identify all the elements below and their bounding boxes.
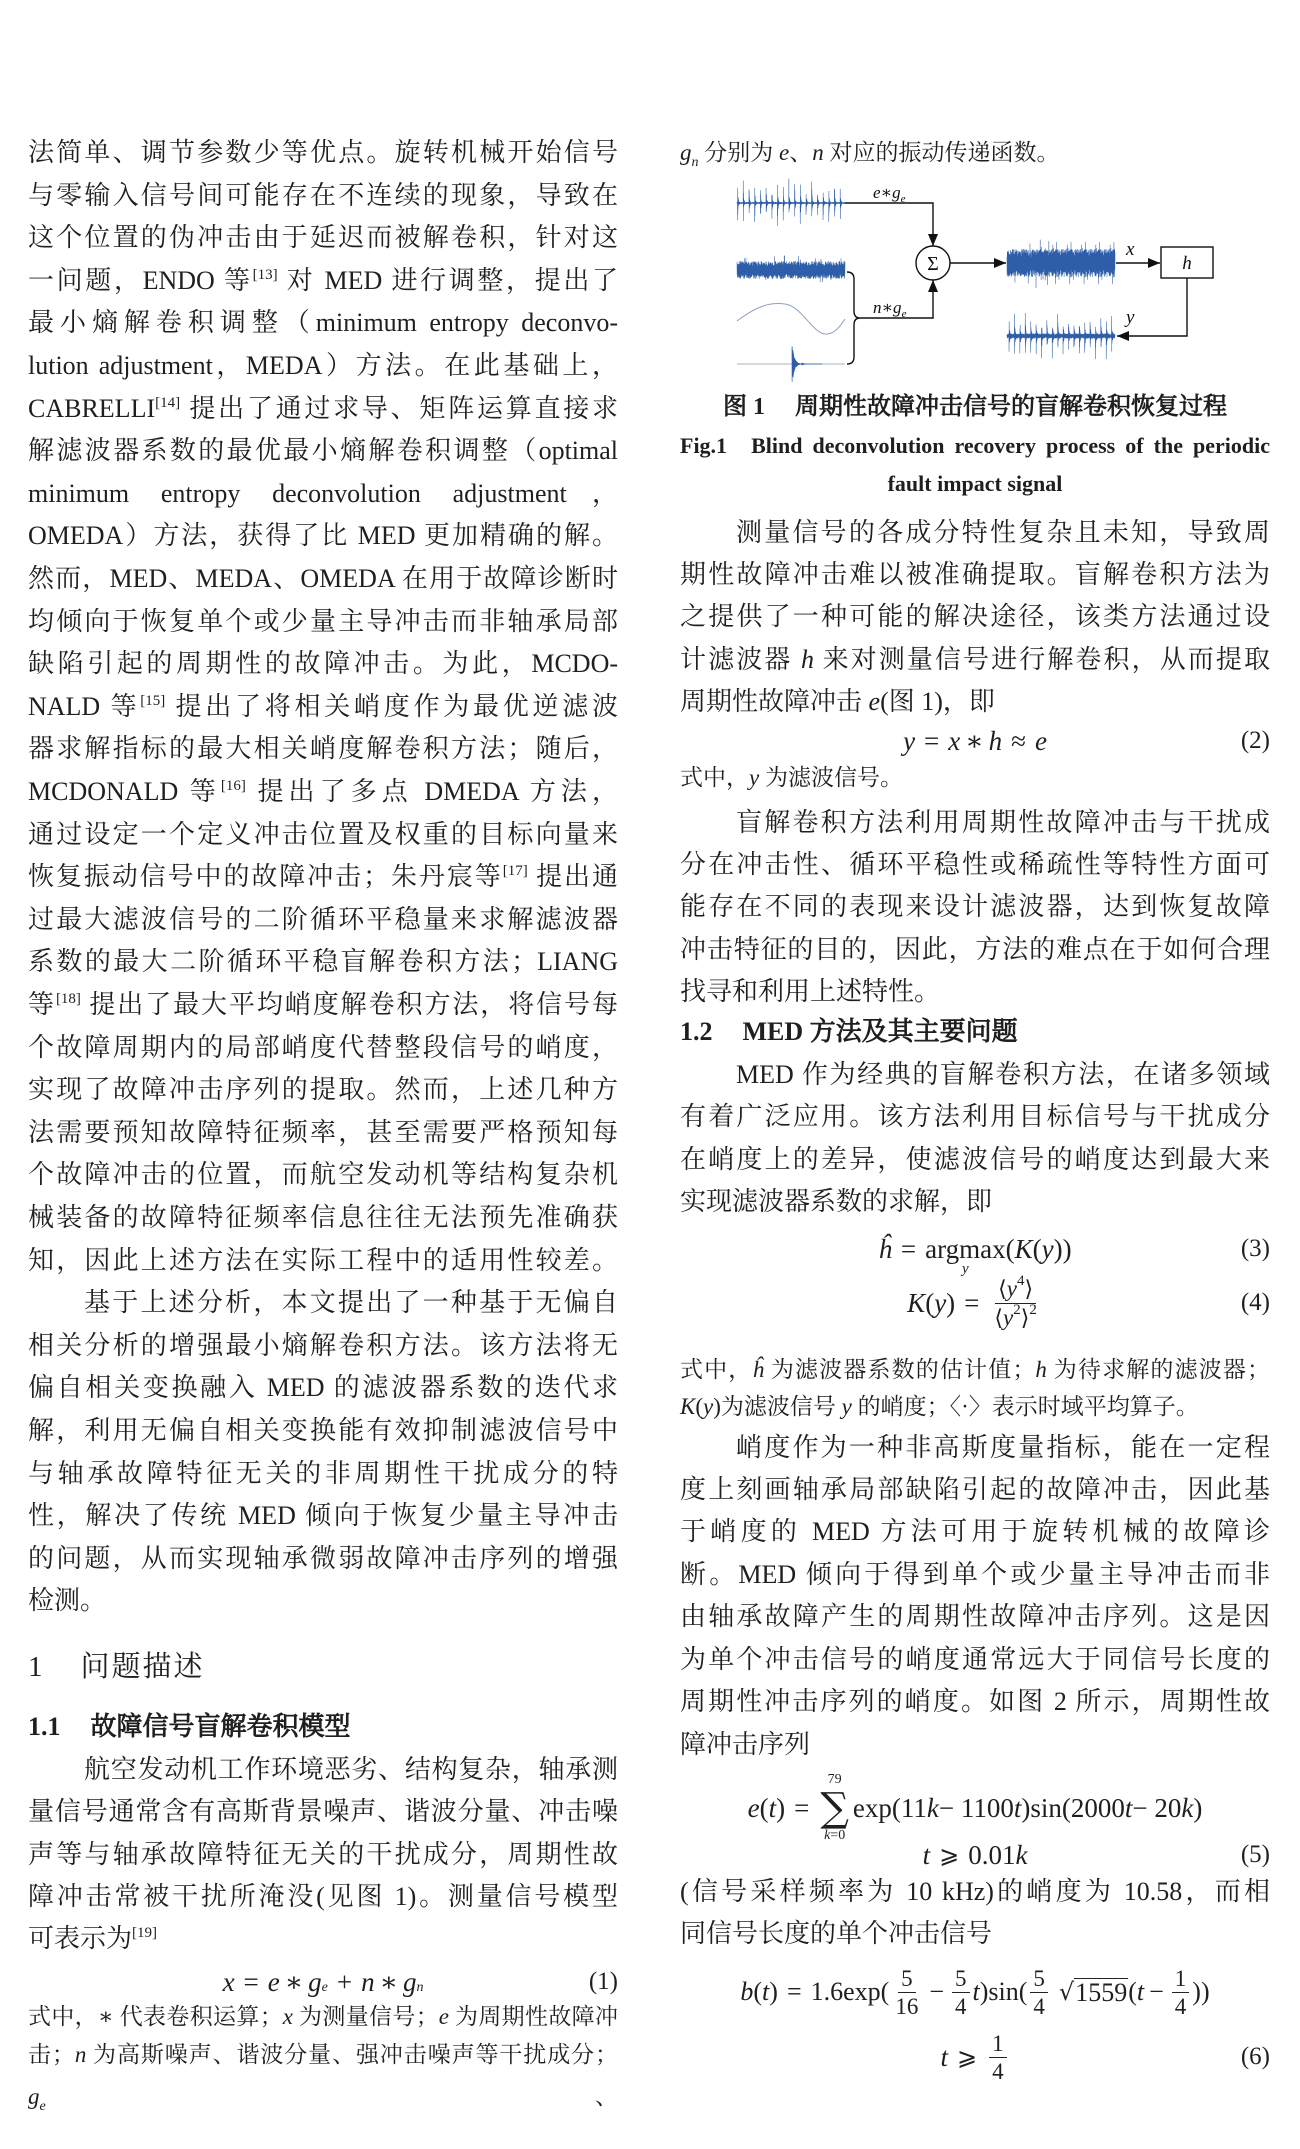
numerator: 5 [952, 1965, 970, 1993]
math-var: y [934, 1288, 946, 1319]
body-line: 械装备的故障特征频率信息往往无法预先准确获 [28, 1197, 618, 1239]
body-line: 器求解指标的最大相关峭度解卷积方法；随后， [28, 728, 618, 770]
harmonic-signal [737, 304, 845, 335]
line-text: 提出了将相关峭度作为最优逆滤波 [165, 692, 618, 721]
math-var: h [1035, 1357, 1047, 1382]
body-line: 冲击特征的目的，因此，方法的难点在于如何合理 [680, 929, 1270, 971]
line-text: 法需要预知故障特征频率，甚至需要严格预知每 [28, 1118, 618, 1147]
math-var: t [762, 1977, 769, 2007]
citation-ref: [16] [221, 778, 246, 794]
filter-box: h [1161, 247, 1213, 278]
math-var: k [1181, 1793, 1193, 1824]
line-text: 与零输入信号间可能存在不连续的现象，导致在 [28, 181, 618, 210]
body-line: 均倾向于恢复单个或少量主导冲击而非轴承局部 [28, 601, 618, 643]
math-var: t [940, 2042, 948, 2073]
line-text: 这个位置的伪冲击由于延迟而被解卷积，针对这 [28, 223, 618, 252]
fraction: 14 [989, 2030, 1007, 2085]
label-e-conv: e∗ge [873, 183, 906, 205]
math-operator: = [244, 1967, 259, 1998]
body-line: 能存在不同的表现来设计滤波器，达到恢复故障 [680, 886, 1270, 928]
line-text: 解滤波器系数的最优最小熵解卷积调整（optimal [28, 436, 618, 465]
section-heading-1: 1问题描述 [28, 1646, 205, 1688]
line-text: 期性故障冲击难以被准确提取。盲解卷积方法为 [680, 560, 1270, 589]
body-line: 周期性冲击序列的峭度。如图 2 所示，周期性故 [680, 1681, 1270, 1723]
body-line: MED 作为经典的盲解卷积方法，在诸多领域 [680, 1054, 1270, 1096]
right-column: gn 分别为 e、n 对应的振动传递函数。 [680, 0, 1270, 2149]
math-operator: = [901, 1234, 916, 1265]
math-text: 1.6exp( [811, 1977, 890, 2007]
body-line: 最小熵解卷积调整（minimum entropy deconvo- [28, 302, 618, 344]
body-line: 可表示为[19] [28, 1918, 618, 1960]
math-var: y [703, 1394, 713, 1419]
line-text: 峭度作为一种非高斯度量指标，能在一定程 [736, 1433, 1270, 1462]
line-text: 击； [28, 2042, 75, 2067]
equation-6: b(t)=1.6exp( 516 − 54t)sin( 54 √1559(t− … [680, 1962, 1270, 2022]
body-line: 检测。 [28, 1580, 618, 1622]
figure-caption-en: fault impact signal [680, 463, 1270, 505]
line-text: CABRELLI [28, 394, 155, 423]
body-line: 计滤波器 h 来对测量信号进行解卷积，从而提取 [680, 639, 1270, 681]
equation-number: (6) [1241, 2043, 1270, 2071]
body-line: 于峭度的 MED 方法可用于旋转机械的故障诊 [680, 1511, 1270, 1553]
line-text: 等 [28, 990, 56, 1019]
fraction: 14 [1172, 1965, 1190, 2020]
measured-signal [1007, 240, 1115, 288]
body-line: 通过设定一个定义冲击位置及权重的目标向量来 [28, 814, 618, 856]
math-operator: ∗ [965, 726, 983, 757]
line-text: 提出了通过求导、矩阵运算直接求 [180, 394, 618, 423]
body-line: 有着广泛应用。该方法利用目标信号与干扰成分 [680, 1096, 1270, 1138]
line-text: NALD 等 [28, 692, 140, 721]
body-line: 的问题，从而实现轴承微弱故障冲击序列的增强 [28, 1538, 618, 1580]
math-var: k [927, 1793, 939, 1824]
math-paren: )) [1192, 1977, 1209, 2007]
figure-1-diagram: e∗ge n∗ge Σ x h y [730, 160, 1230, 390]
section-heading-1-1: 1.1故障信号盲解卷积模型 [28, 1706, 351, 1748]
math-operator: ∗ [380, 1967, 398, 1998]
body-line: 性，解决了传统 MED 倾向于恢复少量主导冲击 [28, 1495, 618, 1537]
line-text: 式中， [680, 765, 749, 790]
angle-bracket: ⟨ [994, 1306, 1003, 1331]
math-var: ĥ [878, 1234, 892, 1265]
math-var: t [973, 1977, 980, 2007]
line-text: 然而，MED、MEDA、OMEDA 在用于故障诊断时 [28, 564, 618, 593]
body-line: 实现了故障冲击序列的提取。然而，上述几种方 [28, 1069, 618, 1111]
line-text: 断。MED 倾向于得到单个或少量主导冲击而非 [680, 1560, 1270, 1589]
math-paren: ) [776, 1793, 785, 1824]
line-text: (信号采样频率为 10 kHz)的峭度为 10.58，而相 [680, 1877, 1270, 1906]
body-line: 期性故障冲击难以被准确提取。盲解卷积方法为 [680, 554, 1270, 596]
math-var: K [1015, 1234, 1033, 1265]
math-var: t [1125, 1793, 1133, 1824]
math-paren: ( [760, 1793, 769, 1824]
line-text: 声等与轴承故障特征无关的干扰成分，周期性故 [28, 1840, 618, 1869]
radicand: 1559 [1074, 1978, 1128, 2006]
label-y: y [1124, 307, 1135, 328]
math-operator: − [1149, 1977, 1164, 2007]
section-title: 故障信号盲解卷积模型 [91, 1712, 351, 1741]
math-var: g [28, 2084, 40, 2109]
body-line: 这个位置的伪冲击由于延迟而被解卷积，针对这 [28, 217, 618, 259]
exponent: 2 [1029, 1302, 1037, 1318]
body-line: 基于上述分析，本文提出了一种基于无偏自 [28, 1282, 618, 1324]
math-operator: = [964, 1288, 979, 1319]
line-text: 在峭度上的差异，使滤波信号的峭度达到最大来 [680, 1145, 1270, 1174]
line-text: 盲解卷积方法利用周期性故障冲击与干扰成 [736, 808, 1270, 837]
line-text: 的问题，从而实现轴承微弱故障冲击序列的增强 [28, 1544, 618, 1573]
math-operator: = [924, 726, 939, 757]
figure-title: 周期性故障冲击信号的盲解卷积恢复过程 [795, 394, 1227, 420]
math-var: t [923, 1840, 931, 1871]
figure-caption-en: Fig.1Blind deconvolution recovery proces… [680, 425, 1270, 467]
line-text: 系数的最大二阶循环平稳盲解卷积方法；LIANG [28, 947, 618, 976]
arrow-icon [845, 203, 933, 246]
brace-icon [847, 272, 860, 364]
label-h: h [1182, 253, 1192, 274]
math-var: t [1014, 1793, 1022, 1824]
math-text: exp(11 [853, 1793, 927, 1824]
line-text: 过最大滤波信号的二阶循环平稳量来求解滤波器 [28, 905, 618, 934]
paper-page: 法简单、调节参数少等优点。旋转机械开始信号 与零输入信号间可能存在不连续的现象，… [0, 0, 1300, 2149]
numerator: 5 [898, 1965, 916, 1993]
line-text: ( [695, 1394, 703, 1419]
body-line: 找寻和利用上述特性。 [680, 971, 1270, 1013]
section-title: MED 方法及其主要问题 [743, 1017, 1018, 1046]
body-line: minimum entropy deconvolution adjustment… [28, 473, 618, 515]
body-line: 解，利用无偏自相关变换能有效抑制滤波信号中 [28, 1410, 618, 1452]
body-line: 在峭度上的差异，使滤波信号的峭度达到最大来 [680, 1139, 1270, 1181]
body-line: 之提供了一种可能的解决途径，该类方法通过设 [680, 596, 1270, 638]
equation-6-condition: t⩾ 14 (6) [680, 2027, 1270, 2087]
label-x: x [1125, 239, 1135, 260]
line-text: 提出通 [528, 862, 618, 891]
periodic-impulse-signal [737, 178, 845, 225]
math-var: x [223, 1967, 235, 1998]
body-line: 实现滤波器系数的求解，即 [680, 1181, 1270, 1223]
body-line: NALD 等[15] 提出了将相关峭度作为最优逆滤波 [28, 686, 618, 728]
body-line: 障冲击常被干扰所淹没(见图 1)。测量信号模型 [28, 1876, 618, 1918]
math-paren: ) [946, 1288, 955, 1319]
exponent: 2 [1013, 1302, 1021, 1318]
numerator: 1 [1172, 1965, 1190, 1993]
angle-bracket: ⟨ [998, 1277, 1007, 1302]
equation-5: e(t)= 79 ∑ k=0 exp(11k − 1100t)sin(2000t… [680, 1778, 1270, 1838]
figure-label: 图 1 [723, 394, 765, 420]
math-var: e [869, 687, 881, 716]
line-text: 为滤波信号。 [759, 765, 903, 790]
line-text: 均倾向于恢复单个或少量主导冲击而非轴承局部 [28, 607, 618, 636]
fraction: ⟨y4⟩ ⟨y2⟩2 [991, 1275, 1039, 1332]
note-line: 击；n 为高斯噪声、谐波分量、强冲击噪声等干扰成分；ge、 [28, 2034, 618, 2076]
body-line: 等[18] 提出了最大平均峭度解卷积方法，将信号每 [28, 984, 618, 1026]
line-text: 实现滤波器系数的求解，即 [680, 1187, 992, 1216]
fraction: 54 [1030, 1965, 1048, 2020]
body-line: 由轴承故障产生的周期性故障冲击序列。这是因 [680, 1596, 1270, 1638]
line-text: 式中， [680, 1357, 752, 1382]
line-text: minimum entropy deconvolution adjustment… [28, 479, 618, 508]
math-var: h [801, 645, 814, 674]
line-text: 能存在不同的表现来设计滤波器，达到恢复故障 [680, 892, 1270, 921]
math-relation: ⩾ [957, 2043, 977, 2071]
math-operator: = [794, 1793, 809, 1824]
line-text: 冲击特征的目的，因此，方法的难点在于如何合理 [680, 935, 1270, 964]
exponent: 4 [1017, 1273, 1025, 1289]
math-var: e [748, 1793, 760, 1824]
line-text: 缺陷引起的周期性的故障冲击。为此，MCDO- [28, 649, 618, 678]
line-text: 周期性冲击序列的峭度。如图 2 所示，周期性故 [680, 1687, 1270, 1716]
body-line: 度上刻画轴承局部缺陷引起的故障冲击，因此基 [680, 1469, 1270, 1511]
equation-4: K(y)= ⟨y4⟩ ⟨y2⟩2 (4) [680, 1273, 1270, 1333]
line-text: 与轴承故障特征无关的非周期性干扰成分的特 [28, 1459, 618, 1488]
math-var: e [268, 1967, 280, 1998]
citation-ref: [14] [155, 395, 180, 411]
math-var: g [308, 1967, 322, 1998]
denominator: 4 [1172, 1993, 1190, 2020]
section-number: 1.2 [680, 1017, 713, 1046]
math-var: t [769, 1793, 777, 1824]
math-var: y [842, 1394, 852, 1419]
math-operator: ≈ [1011, 726, 1026, 757]
body-line: 相关分析的增强最小熵解卷积方法。该方法将无 [28, 1325, 618, 1367]
denominator: ⟨y2⟩2 [991, 1304, 1039, 1332]
math-var: t [1137, 1977, 1144, 2007]
recovered-signal [1007, 313, 1115, 359]
line-text: 测量信号的各成分特性复杂且未知，导致周 [736, 518, 1270, 547]
note-line: 式中，y 为滤波信号。 [680, 757, 1270, 799]
math-text: − 20 [1132, 1793, 1181, 1824]
body-line: 个故障周期内的局部峭度代替整段信号的峭度， [28, 1027, 618, 1069]
line-text: 提出了多点 DMEDA 方法， [246, 777, 618, 806]
line-text: 周期性故障冲击 [680, 687, 869, 716]
math-var: k [1015, 1840, 1027, 1871]
body-line: 系数的最大二阶循环平稳盲解卷积方法；LIANG [28, 941, 618, 983]
body-line: 解滤波器系数的最优最小熵解卷积调整（optimal [28, 430, 618, 472]
line-text: 实现了故障冲击序列的提取。然而，上述几种方 [28, 1075, 618, 1104]
note-line: K(y)为滤波信号 y 的峭度；〈·〉表示时域平均算子。 [680, 1386, 1270, 1428]
left-column: 法简单、调节参数少等优点。旋转机械开始信号 与零输入信号间可能存在不连续的现象，… [28, 0, 618, 2149]
body-line: 与零输入信号间可能存在不连续的现象，导致在 [28, 175, 618, 217]
denominator: 4 [1030, 1993, 1048, 2020]
body-line: 峭度作为一种非高斯度量指标，能在一定程 [680, 1427, 1270, 1469]
section-title: 问题描述 [81, 1651, 205, 1683]
body-line: 分在冲击性、循环平稳性或稀疏性等特性方面可 [680, 844, 1270, 886]
math-var: y [1042, 1234, 1054, 1265]
line-text: MCDONALD 等 [28, 777, 221, 806]
sqrt-icon: √ [1059, 1978, 1074, 2006]
math-var: b [740, 1977, 753, 2007]
math-paren: ( [1033, 1234, 1042, 1265]
math-paren: ( [925, 1288, 934, 1319]
section-number: 1 [28, 1651, 45, 1683]
line-text: 有着广泛应用。该方法利用目标信号与干扰成分 [680, 1102, 1270, 1131]
line-text: 障冲击序列 [680, 1730, 810, 1759]
line-text: 找寻和利用上述特性。 [680, 977, 940, 1006]
sigma-icon: Σ [927, 253, 939, 275]
math-paren: ( [1128, 1977, 1137, 2007]
line-text: 个故障冲击的位置，而航空发动机等结构复杂机 [28, 1160, 618, 1189]
argmax-operator: argmaxy [925, 1234, 1005, 1265]
note-line: 式中，∗ 代表卷积运算；x 为测量信号；e 为周期性故障冲 [28, 1996, 618, 2038]
line-text: (图 1)，即 [880, 687, 995, 716]
body-line: 一问题，ENDO 等[13] 对 MED 进行调整，提出了 [28, 260, 618, 302]
line-text: 式中，∗ 代表卷积运算； [28, 2004, 283, 2029]
math-var: K [680, 1394, 695, 1419]
citation-ref: [13] [253, 267, 278, 283]
math-text: 0.01 [968, 1840, 1015, 1871]
line-text: )为滤波信号 [713, 1394, 841, 1419]
gaussian-noise-signal [737, 256, 845, 283]
body-line: 为单个冲击信号的峭度通常远大于同信号长度的 [680, 1639, 1270, 1681]
line-text: 知，因此上述方法在实际工程中的适用性较差。 [28, 1246, 618, 1275]
denominator: 16 [892, 1993, 921, 2020]
body-line: 恢复振动信号中的故障冲击；朱丹宸等[17] 提出通 [28, 856, 618, 898]
line-text: 障冲击常被干扰所淹没(见图 1)。测量信号模型 [28, 1882, 618, 1911]
figure-title: Blind deconvolution recovery process of … [751, 433, 1270, 458]
line-text: 一问题，ENDO 等 [28, 266, 253, 295]
equation-number: (3) [1241, 1235, 1270, 1263]
math-var: y [749, 765, 759, 790]
line-text: 计滤波器 [680, 645, 801, 674]
body-line: 偏自相关变换融入 MED 的滤波器系数的迭代求 [28, 1367, 618, 1409]
body-line: MCDONALD 等[16] 提出了多点 DMEDA 方法， [28, 771, 618, 813]
body-line: CABRELLI[14] 提出了通过求导、矩阵运算直接求 [28, 388, 618, 430]
body-line: 量信号通常含有高斯背景噪声、谐波分量、冲击噪 [28, 1791, 618, 1833]
line-text: 度上刻画轴承局部缺陷引起的故障冲击，因此基 [680, 1475, 1270, 1504]
body-line: 盲解卷积方法利用周期性故障冲击与干扰成 [680, 802, 1270, 844]
body-line: 航空发动机工作环境恶劣、结构复杂，轴承测 [28, 1749, 618, 1791]
denominator: 4 [989, 2058, 1007, 2085]
body-line: 与轴承故障特征无关的非周期性干扰成分的特 [28, 1453, 618, 1495]
line-text: 器求解指标的最大相关峭度解卷积方法；随后， [28, 734, 618, 763]
line-text: 对 MED 进行调整，提出了 [278, 266, 618, 295]
line-text: OMEDA）方法，获得了比 MED 更加精确的解。 [28, 521, 618, 550]
body-line: 法需要预知故障特征频率，甚至需要严格预知每 [28, 1112, 618, 1154]
note-line: 式中，ĥ 为滤波器系数的估计值；h 为待求解的滤波器； [680, 1349, 1270, 1391]
math-var: h [989, 726, 1003, 757]
section-heading-1-2: 1.2MED 方法及其主要问题 [680, 1011, 1018, 1053]
body-line: 周期性故障冲击 e(图 1)，即 [680, 681, 1270, 723]
citation-ref: [15] [140, 693, 165, 709]
sum-node: Σ [916, 246, 950, 280]
line-text: 分在冲击性、循环平稳性或稀疏性等特性方面可 [680, 850, 1270, 879]
body-line: 然而，MED、MEDA、OMEDA 在用于故障诊断时 [28, 558, 618, 600]
line-text: 为滤波器系数的估计值； [764, 1357, 1035, 1382]
line-text: 解，利用无偏自相关变换能有效抑制滤波信号中 [28, 1416, 618, 1445]
impact-noise-signal [737, 347, 845, 382]
math-paren: ) [769, 1977, 778, 2007]
body-line: 测量信号的各成分特性复杂且未知，导致周 [680, 512, 1270, 554]
numerator: ⟨y4⟩ [995, 1275, 1036, 1304]
line-text: 航空发动机工作环境恶劣、结构复杂，轴承测 [84, 1755, 618, 1784]
line-text: 为高斯噪声、谐波分量、强冲击噪声等干扰成分； [86, 2042, 618, 2067]
numerator: 1 [989, 2030, 1007, 2058]
line-text: 于峭度的 MED 方法可用于旋转机械的故障诊 [680, 1517, 1270, 1546]
body-line: 知，因此上述方法在实际工程中的适用性较差。 [28, 1240, 618, 1282]
line-text: 为测量信号； [293, 2004, 439, 2029]
line-text: 、 [46, 2084, 618, 2109]
equation-number: (1) [589, 1968, 618, 1996]
math-operator: + [337, 1967, 352, 1998]
math-operator: = [787, 1977, 802, 2007]
body-line: 过最大滤波信号的二阶循环平稳量来求解滤波器 [28, 899, 618, 941]
math-subscript: e [40, 2099, 46, 2114]
math-var: y [1003, 1305, 1013, 1330]
body-line: (信号采样频率为 10 kHz)的峭度为 10.58，而相 [680, 1871, 1270, 1913]
body-line: 缺陷引起的周期性的故障冲击。为此，MCDO- [28, 643, 618, 685]
line-text: 性，解决了传统 MED 倾向于恢复少量主导冲击 [28, 1501, 618, 1530]
body-line: 个故障冲击的位置，而航空发动机等结构复杂机 [28, 1154, 618, 1196]
line-text: lution adjustment，MEDA）方法。在此基础上， [28, 351, 618, 380]
math-var: g [680, 140, 692, 165]
math-operator: ∗ [285, 1967, 303, 1998]
numerator: 5 [1030, 1965, 1048, 1993]
line-text: MED 作为经典的盲解卷积方法，在诸多领域 [736, 1060, 1270, 1089]
citation-ref: [18] [56, 991, 81, 1007]
line-text: 为待求解的滤波器； [1047, 1357, 1270, 1382]
line-text: 来对测量信号进行解卷积，从而提取 [814, 645, 1270, 674]
denominator: 4 [952, 1993, 970, 2020]
line-text: 由轴承故障产生的周期性故障冲击序列。这是因 [680, 1602, 1270, 1631]
body-line: 断。MED 倾向于得到单个或少量主导冲击而非 [680, 1554, 1270, 1596]
equation-3: ĥ=argmaxy(K(y)) (3) [680, 1228, 1270, 1270]
line-text: 偏自相关变换融入 MED 的滤波器系数的迭代求 [28, 1373, 618, 1402]
section-number: 1.1 [28, 1712, 61, 1741]
body-line: 同信号长度的单个冲击信号 [680, 1913, 1270, 1955]
label-n-conv: n∗ge [873, 298, 907, 320]
line-text: 量信号通常含有高斯背景噪声、谐波分量、冲击噪 [28, 1797, 618, 1826]
equation-number: (5) [1241, 1841, 1270, 1869]
math-operator: − [929, 1977, 944, 2007]
equation-5-condition: t⩾0.01k (5) [680, 1834, 1270, 1876]
line-text: 通过设定一个定义冲击位置及权重的目标向量来 [28, 820, 618, 849]
equation-number: (4) [1241, 1289, 1270, 1317]
figure-title: fault impact signal [888, 471, 1063, 496]
math-var: n [361, 1967, 375, 1998]
citation-ref: [19] [132, 1925, 157, 1941]
math-var: e [439, 2004, 449, 2029]
math-subscript: n [692, 155, 699, 170]
line-text: 基于上述分析，本文提出了一种基于无偏自 [84, 1288, 618, 1317]
line-text: 恢复振动信号中的故障冲击；朱丹宸等 [28, 862, 503, 891]
math-var: n [75, 2042, 87, 2067]
line-text: 为周期性故障冲 [449, 2004, 618, 2029]
line-text: 为单个冲击信号的峭度通常远大于同信号长度的 [680, 1645, 1270, 1674]
math-var: x [283, 2004, 293, 2029]
body-line: 障冲击序列 [680, 1724, 1270, 1766]
body-line: lution adjustment，MEDA）方法。在此基础上， [28, 345, 618, 387]
equation-number: (2) [1241, 727, 1270, 755]
line-text: 械装备的故障特征频率信息往往无法预先准确获 [28, 1203, 618, 1232]
math-text: )sin(2000 [1021, 1793, 1125, 1824]
math-paren: )) [1054, 1234, 1072, 1265]
math-text: − 1100 [939, 1793, 1014, 1824]
citation-ref: [17] [503, 863, 528, 879]
fraction: 516 [892, 1965, 921, 2020]
math-var: K [907, 1288, 925, 1319]
equation-2: y=x∗h≈e (2) [680, 720, 1270, 762]
line-text: 检测。 [28, 1586, 106, 1615]
body-line: OMEDA）方法，获得了比 MED 更加精确的解。 [28, 515, 618, 557]
math-var: y [903, 726, 915, 757]
math-paren: ( [1006, 1234, 1015, 1265]
line-text: 提出了最大平均峭度解卷积方法，将信号每 [81, 990, 618, 1019]
math-var: x [948, 726, 960, 757]
line-text: 之提供了一种可能的解决途径，该类方法通过设 [680, 602, 1270, 631]
line-text: 相关分析的增强最小熵解卷积方法。该方法将无 [28, 1331, 618, 1360]
body-line: 法简单、调节参数少等优点。旋转机械开始信号 [28, 132, 618, 174]
figure-caption-zh: 图 1周期性故障冲击信号的盲解卷积恢复过程 [680, 386, 1270, 428]
operator-name: argmax [925, 1234, 1005, 1264]
